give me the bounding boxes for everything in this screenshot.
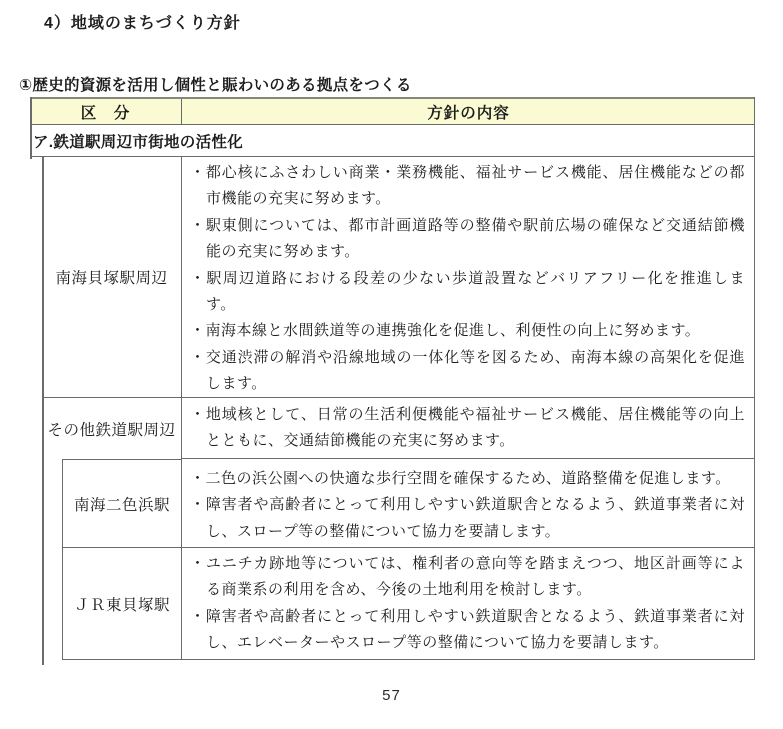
- policy-item: ・都心核にふさわしい商業・業務機能、福祉サービス機能、居住機能などの都市機能の充…: [190, 160, 745, 213]
- policy-table: 区 分 方針の内容 ア.鉄道駅周辺市街地の活性化 南海貝塚駅周辺 ・都心核にふさ…: [30, 97, 755, 660]
- table-inner-left-border: [42, 157, 44, 665]
- table-row-jr-higashi-kaizuka: ＪＲ東貝塚駅 ・ユニチカ跡地等については、権利者の意向等を踏まえつつ、地区計画等…: [30, 548, 755, 660]
- table-header-row: 区 分 方針の内容: [30, 97, 755, 125]
- indent-gutter-2: [42, 548, 62, 660]
- page-number: 57: [0, 687, 783, 704]
- indent-gutter: [30, 157, 42, 398]
- indent-gutter-2: [42, 459, 62, 548]
- row-label: 南海貝塚駅周辺: [42, 157, 182, 398]
- subsection-header: ア.鉄道駅周辺市街地の活性化: [30, 125, 755, 157]
- table-header-category: 区 分: [30, 99, 182, 124]
- policy-content: ・地域核として、日常の生活利便機能や福祉サービス機能、居住機能等の向上とともに、…: [182, 398, 755, 459]
- policy-content: ・ユニチカ跡地等については、権利者の意向等を踏まえつつ、地区計画等による商業系の…: [182, 548, 755, 660]
- table-row-nankai-nishikinohama: 南海二色浜駅 ・二色の浜公園への快適な歩行空間を確保するため、道路整備を促進しま…: [30, 459, 755, 548]
- policy-content: ・二色の浜公園への快適な歩行空間を確保するため、道路整備を促進します。 ・障害者…: [182, 459, 755, 548]
- indent-gutter: [30, 548, 42, 660]
- table-row-nankai-kaizuka: 南海貝塚駅周辺 ・都心核にふさわしい商業・業務機能、福祉サービス機能、居住機能な…: [30, 157, 755, 398]
- policy-item: ・駅周辺道路における段差の少ない歩道設置などバリアフリー化を推進します。: [190, 266, 745, 319]
- table-header-content: 方針の内容: [182, 99, 755, 124]
- page-title: 4）地域のまちづくり方針: [44, 10, 241, 33]
- policy-item: ・交通渋滞の解消や沿線地域の一体化等を図るため、南海本線の高架化を促進します。: [190, 345, 745, 398]
- policy-content: ・都心核にふさわしい商業・業務機能、福祉サービス機能、居住機能などの都市機能の充…: [182, 157, 755, 398]
- table-right-border: [754, 97, 756, 660]
- policy-item: ・障害者や高齢者にとって利用しやすい鉄道駅舎となるよう、鉄道事業者に対し、スロー…: [190, 492, 745, 545]
- policy-item: ・南海本線と水間鉄道等の連携強化を促進し、利便性の向上に努めます。: [190, 318, 745, 344]
- table-row-other-stations: その他鉄道駅周辺 ・地域核として、日常の生活利便機能や福祉サービス機能、居住機能…: [30, 398, 755, 459]
- document-page: 4）地域のまちづくり方針 ①歴史的資源を活用し個性と賑わいのある拠点をつくる 区…: [0, 0, 783, 729]
- row-label: 南海二色浜駅: [62, 459, 182, 548]
- row-label: その他鉄道駅周辺: [42, 398, 182, 459]
- policy-item: ・ユニチカ跡地等については、権利者の意向等を踏まえつつ、地区計画等による商業系の…: [190, 551, 745, 604]
- table-outer-left-border: [30, 97, 32, 159]
- row-label: ＪＲ東貝塚駅: [62, 548, 182, 660]
- indent-gutter: [30, 459, 42, 548]
- indent-gutter: [30, 398, 42, 459]
- section-heading: ①歴史的資源を活用し個性と賑わいのある拠点をつくる: [19, 73, 412, 95]
- policy-item: ・障害者や高齢者にとって利用しやすい鉄道駅舎となるよう、鉄道事業者に対し、エレベ…: [190, 604, 745, 657]
- policy-item: ・地域核として、日常の生活利便機能や福祉サービス機能、居住機能等の向上とともに、…: [190, 402, 745, 455]
- policy-item: ・二色の浜公園への快適な歩行空間を確保するため、道路整備を促進します。: [190, 466, 745, 492]
- policy-item: ・駅東側については、都市計画道路等の整備や駅前広場の確保など交通結節機能の充実に…: [190, 213, 745, 266]
